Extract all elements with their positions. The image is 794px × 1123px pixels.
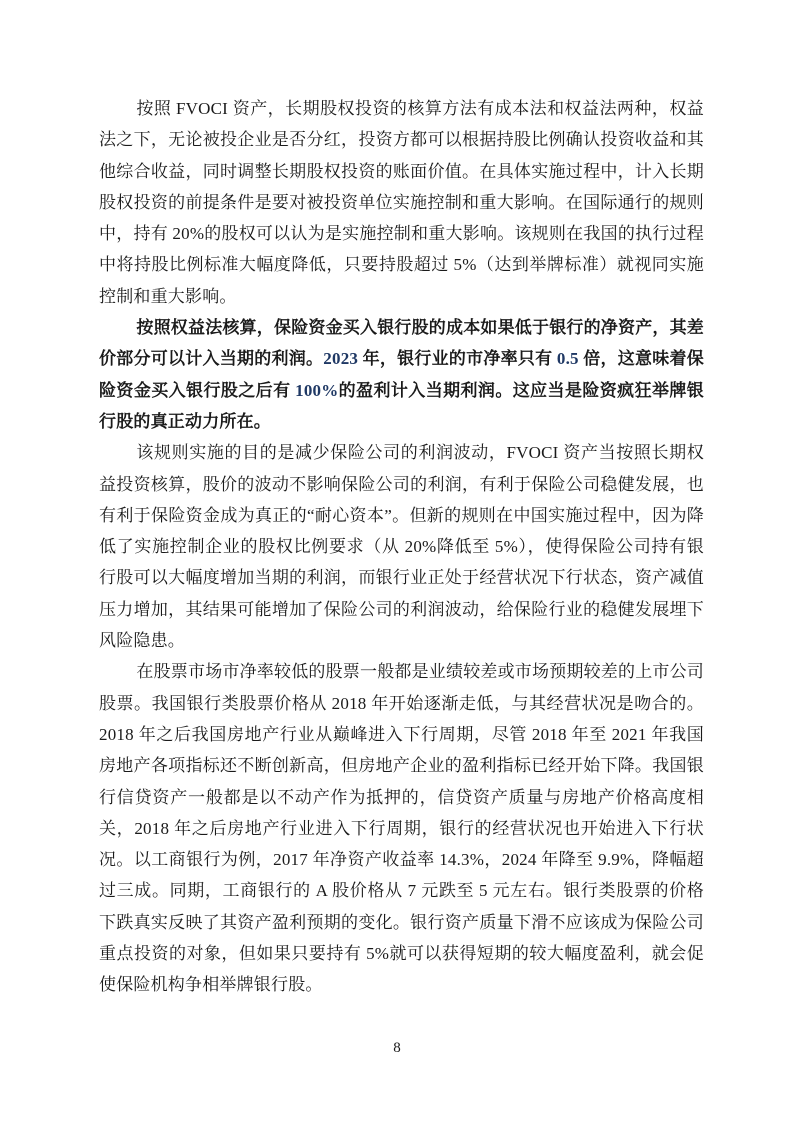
year-2023-number: 2023 — [323, 349, 358, 368]
percent-100-number: 100% — [295, 381, 338, 400]
paragraph-equity-method-bold: 按照权益法核算，保险资金买入银行股的成本如果低于银行的净资产，其差价部分可以计入… — [99, 312, 704, 437]
document-page: 按照 FVOCI 资产，长期股权投资的核算方法有成本法和权益法两种，权益法之下，… — [0, 0, 794, 1123]
paragraph-rule-purpose: 该规则实施的目的是减少保险公司的利润波动，FVOCI 资产当按照长期权益投资核算… — [99, 437, 704, 656]
paragraph-segment: 年，银行业的市净率只有 — [358, 349, 557, 368]
document-body: 按照 FVOCI 资产，长期股权投资的核算方法有成本法和权益法两种，权益法之下，… — [99, 93, 704, 1001]
page-number: 8 — [0, 1038, 794, 1058]
pb-ratio-number: 0.5 — [557, 349, 579, 368]
paragraph-bank-stocks-analysis: 在股票市场市净率较低的股票一般都是业绩较差或市场预期较差的上市公司股票。我国银行… — [99, 656, 704, 1000]
paragraph-fvoci-accounting: 按照 FVOCI 资产，长期股权投资的核算方法有成本法和权益法两种，权益法之下，… — [99, 93, 704, 312]
